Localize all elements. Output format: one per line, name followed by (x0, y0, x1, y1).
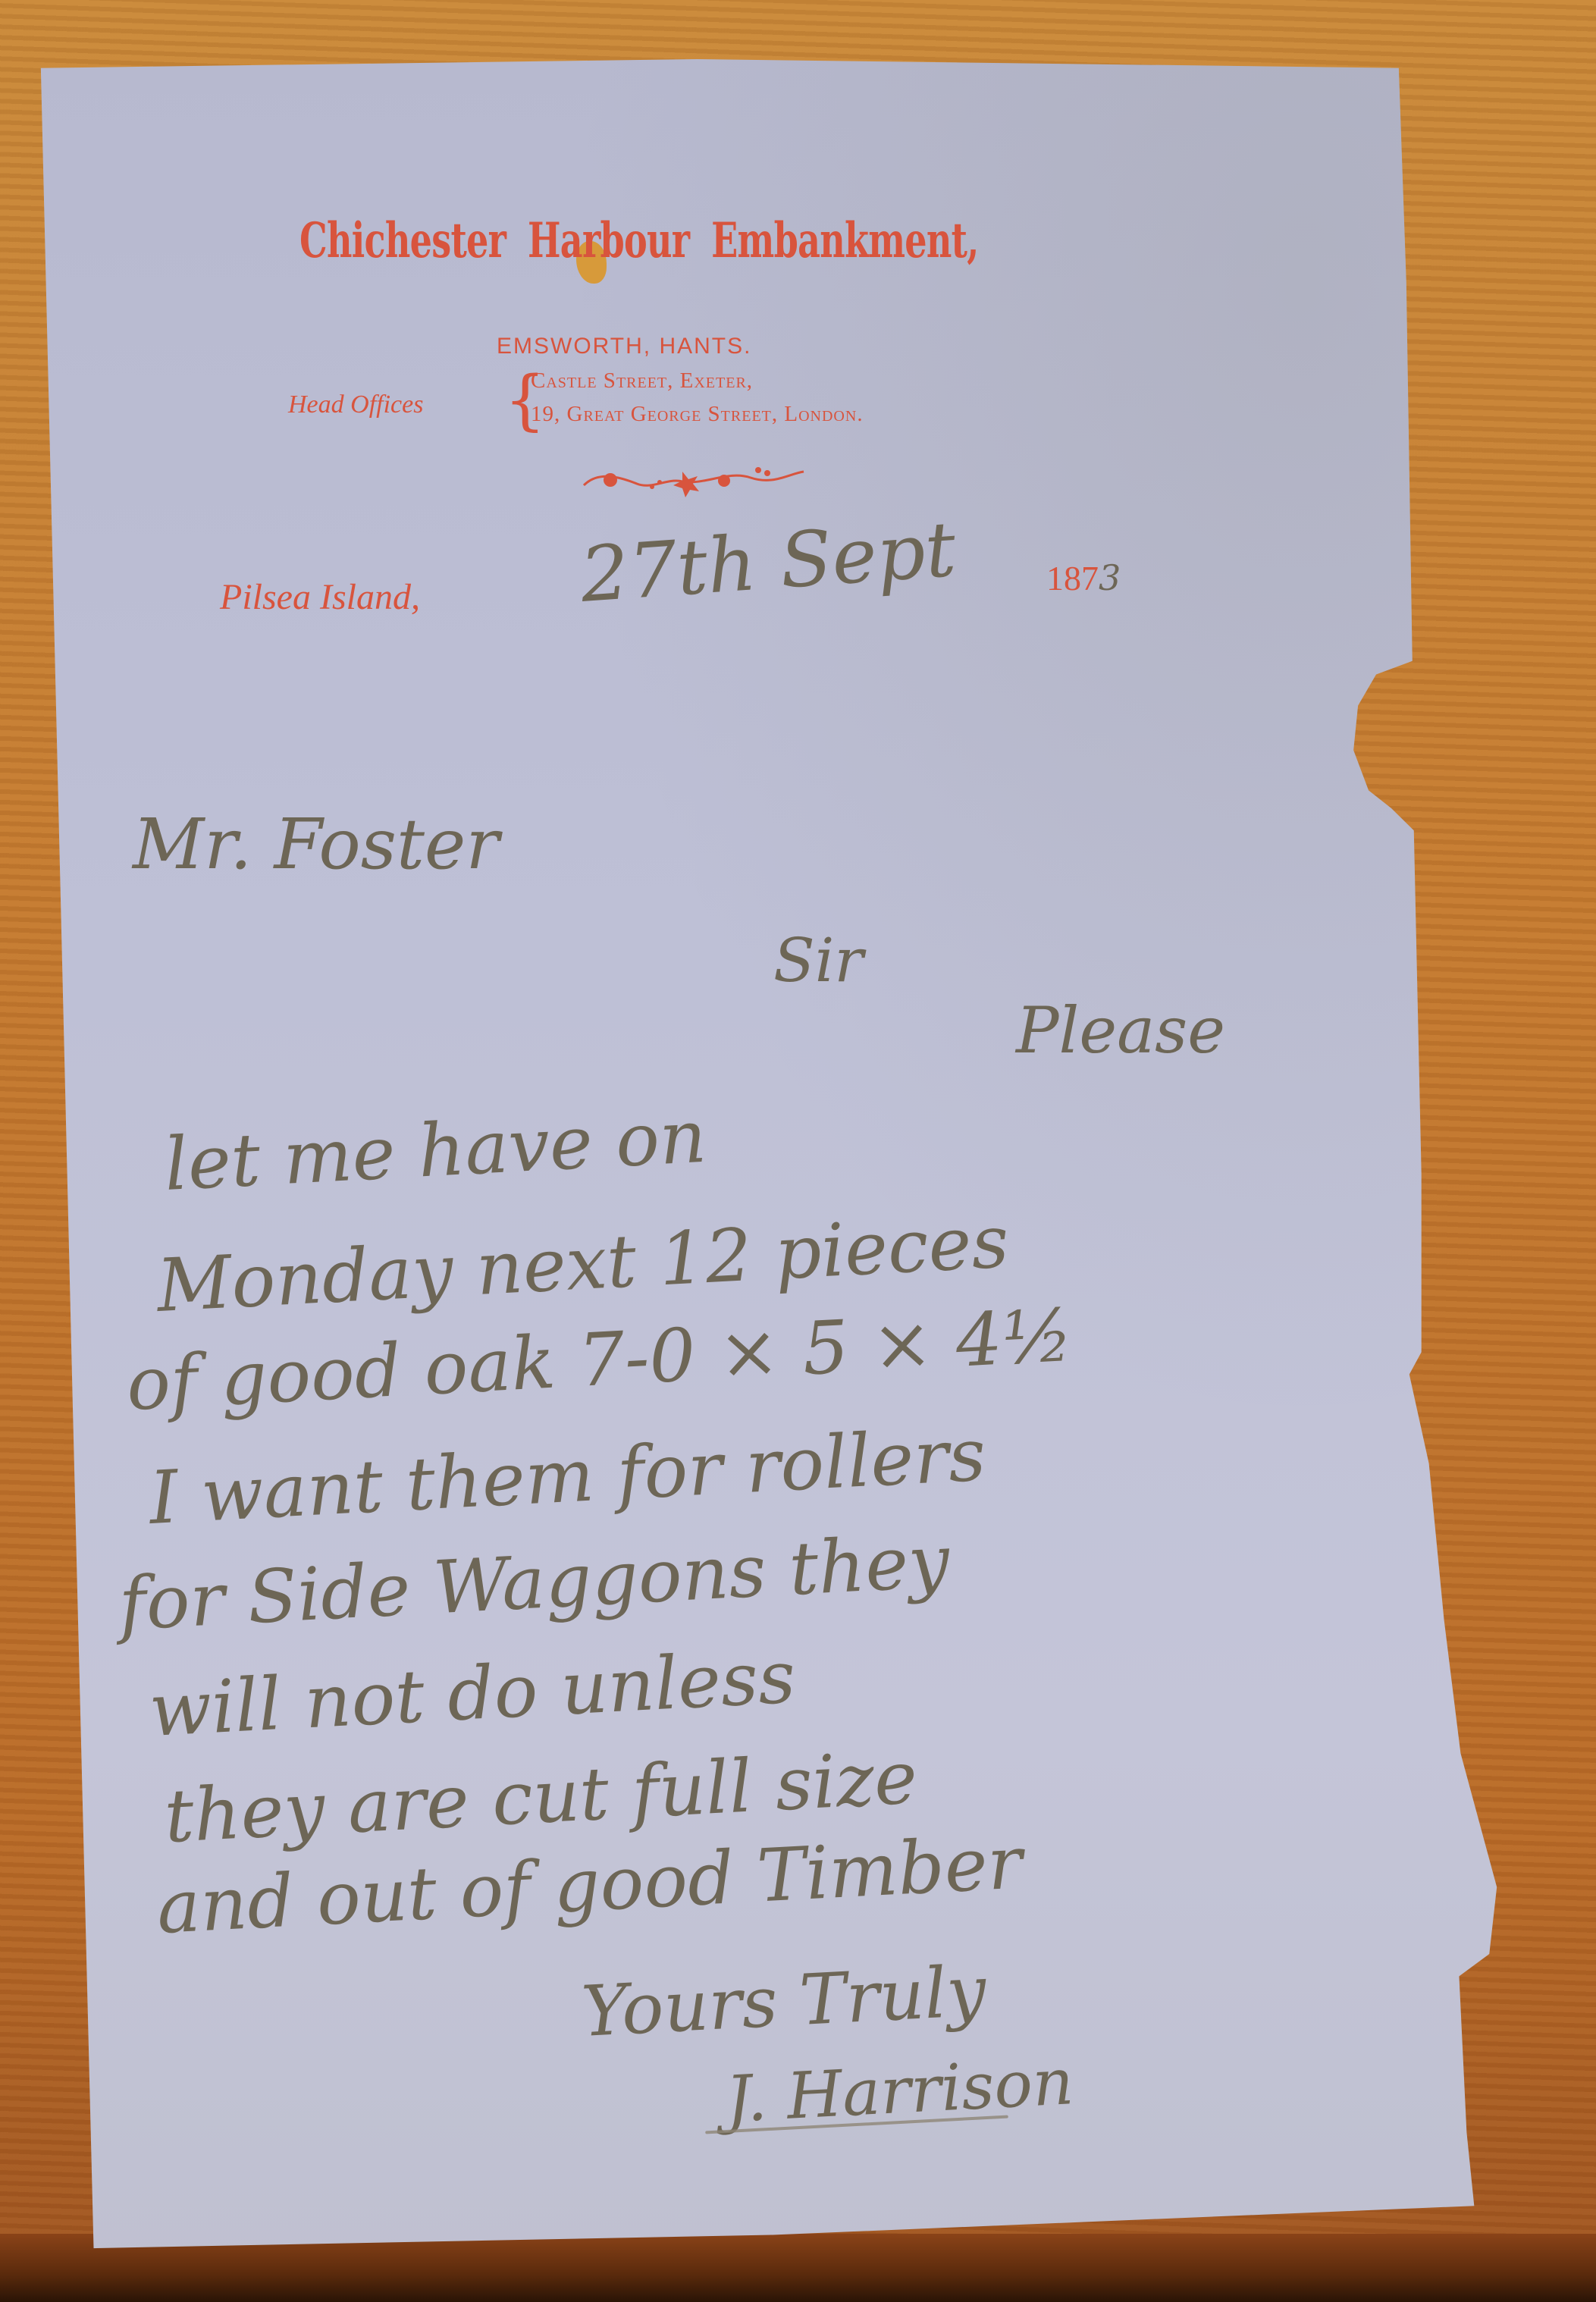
year-handwritten-digit: 3 (1099, 557, 1121, 598)
address-london: 19, Great George Street, London. (531, 402, 864, 427)
salutation: Sir (773, 925, 864, 996)
salutation-name: Mr. Foster (133, 804, 499, 885)
company-word-3: Embankment, (711, 212, 978, 269)
dateline-place: Pilsea Island, (220, 576, 420, 618)
letterhead-company: ChichesterHarbourEmbankment, (299, 212, 1000, 269)
letterhead-town: EMSWORTH, HANTS. (497, 334, 751, 359)
year-printed-digits: 187 (1046, 559, 1099, 597)
address-exeter: Castle Street, Exeter, (531, 369, 753, 394)
printed-year: 1873 (1046, 557, 1121, 598)
opening-word: Please (1016, 993, 1225, 1068)
floral-ornament-icon (569, 455, 811, 500)
company-word-1: Chichester (299, 212, 506, 269)
head-offices-label: Head Offices (288, 390, 423, 419)
company-word-2: Harbour (528, 212, 689, 269)
